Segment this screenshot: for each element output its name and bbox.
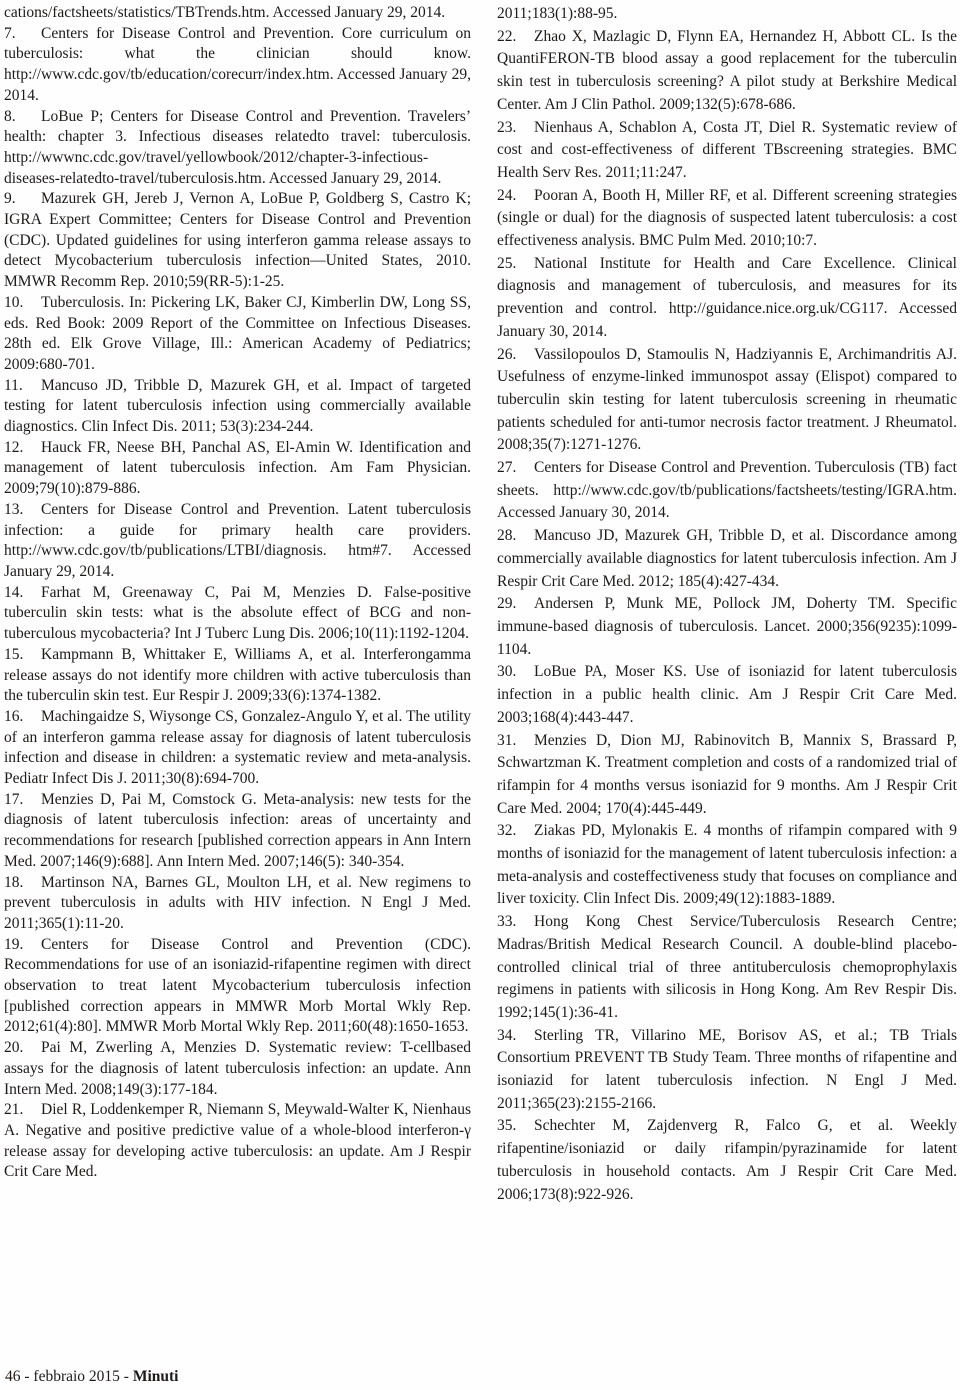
reference-text: Centers for Disease Control and Preventi… — [4, 501, 471, 580]
reference-text: Menzies D, Dion MJ, Rabinovitch B, Manni… — [497, 732, 957, 817]
reference-item: 12.Hauck FR, Neese BH, Panchal AS, El-Am… — [4, 438, 471, 500]
reference-number: 33. — [497, 911, 534, 934]
reference-item: 27.Centers for Disease Control and Preve… — [497, 457, 957, 525]
reference-text: Centers for Disease Control and Preventi… — [4, 936, 471, 1036]
reference-number: 21. — [4, 1100, 41, 1121]
references-column-right: 2011;183(1):88-95.22.Zhao X, Mazlagic D,… — [497, 3, 957, 1206]
reference-item: 20.Pai M, Zwerling A, Menzies D. Systema… — [4, 1038, 471, 1100]
reference-text: Centers for Disease Control and Preventi… — [497, 459, 957, 521]
reference-number: 10. — [4, 293, 41, 314]
reference-item: 30.LoBue PA, Moser KS. Use of isoniazid … — [497, 661, 957, 729]
reference-text: Vassilopoulos D, Stamoulis N, Hadziyanni… — [497, 346, 957, 454]
reference-number: 17. — [4, 790, 41, 811]
references-page: cations/factsheets/statistics/TBTrends.h… — [0, 0, 960, 1390]
reference-number: 19. — [4, 935, 41, 956]
reference-text: LoBue P; Centers for Disease Control and… — [4, 108, 471, 187]
reference-number: 11. — [4, 376, 41, 397]
reference-text: Andersen P, Munk ME, Pollock JM, Doherty… — [497, 595, 957, 657]
reference-text: Hauck FR, Neese BH, Panchal AS, El-Amin … — [4, 439, 471, 497]
reference-text: Pai M, Zwerling A, Menzies D. Systematic… — [4, 1039, 471, 1097]
reference-item: 14.Farhat M, Greenaway C, Pai M, Menzies… — [4, 583, 471, 645]
reference-item: 29.Andersen P, Munk ME, Pollock JM, Dohe… — [497, 593, 957, 661]
reference-text: Martinson NA, Barnes GL, Moulton LH, et … — [4, 874, 471, 932]
reference-text: Nienhaus A, Schablon A, Costa JT, Diel R… — [497, 119, 957, 181]
reference-number: 16. — [4, 707, 41, 728]
reference-text: cations/factsheets/statistics/TBTrends.h… — [4, 4, 445, 21]
reference-item: 2011;183(1):88-95. — [497, 3, 957, 26]
reference-text: LoBue PA, Moser KS. Use of isoniazid for… — [497, 663, 957, 725]
reference-text: Schechter M, Zajdenverg R, Falco G, et a… — [497, 1117, 957, 1202]
reference-text: Machingaidze S, Wiysonge CS, Gonzalez-An… — [4, 708, 471, 787]
references-column-left: cations/factsheets/statistics/TBTrends.h… — [4, 3, 471, 1206]
reference-text: Mazurek GH, Jereb J, Vernon A, LoBue P, … — [4, 190, 471, 290]
reference-number: 22. — [497, 26, 534, 49]
reference-text: Farhat M, Greenaway C, Pai M, Menzies D.… — [4, 584, 471, 642]
reference-text: Sterling TR, Villarino ME, Borisov AS, e… — [497, 1027, 957, 1112]
reference-item: 11.Mancuso JD, Tribble D, Mazurek GH, et… — [4, 376, 471, 438]
reference-item: cations/factsheets/statistics/TBTrends.h… — [4, 3, 471, 24]
reference-text: Tuberculosis. In: Pickering LK, Baker CJ… — [4, 294, 471, 373]
reference-number: 20. — [4, 1038, 41, 1059]
footer-journal-name: Minuti — [133, 1368, 179, 1385]
reference-text: Hong Kong Chest Service/Tuberculosis Res… — [497, 913, 957, 1021]
reference-item: 22.Zhao X, Mazlagic D, Flynn EA, Hernand… — [497, 26, 957, 117]
reference-text: Pooran A, Booth H, Miller RF, et al. Dif… — [497, 187, 957, 249]
reference-text: National Institute for Health and Care E… — [497, 255, 957, 340]
reference-item: 33.Hong Kong Chest Service/Tuberculosis … — [497, 911, 957, 1025]
reference-item: 13.Centers for Disease Control and Preve… — [4, 500, 471, 583]
reference-item: 21.Diel R, Loddenkemper R, Niemann S, Me… — [4, 1100, 471, 1183]
reference-number: 34. — [497, 1025, 534, 1048]
reference-item: 19.Centers for Disease Control and Preve… — [4, 935, 471, 1039]
reference-item: 32.Ziakas PD, Mylonakis E. 4 months of r… — [497, 820, 957, 911]
reference-number: 7. — [4, 24, 41, 45]
reference-number: 35. — [497, 1115, 534, 1138]
references-columns: cations/factsheets/statistics/TBTrends.h… — [0, 0, 960, 1206]
reference-number: 24. — [497, 185, 534, 208]
reference-item: 15.Kampmann B, Whittaker E, Williams A, … — [4, 645, 471, 707]
reference-number: 32. — [497, 820, 534, 843]
reference-item: 28.Mancuso JD, Mazurek GH, Tribble D, et… — [497, 525, 957, 593]
reference-item: 24.Pooran A, Booth H, Miller RF, et al. … — [497, 185, 957, 253]
reference-item: 8.LoBue P; Centers for Disease Control a… — [4, 107, 471, 190]
reference-number: 31. — [497, 730, 534, 753]
reference-number: 12. — [4, 438, 41, 459]
reference-text: Zhao X, Mazlagic D, Flynn EA, Hernandez … — [497, 28, 957, 113]
reference-item: 35.Schechter M, Zajdenverg R, Falco G, e… — [497, 1115, 957, 1206]
reference-text: Mancuso JD, Tribble D, Mazurek GH, et al… — [4, 377, 471, 435]
reference-number: 15. — [4, 645, 41, 666]
reference-number: 18. — [4, 873, 41, 894]
reference-item: 7.Centers for Disease Control and Preven… — [4, 24, 471, 107]
reference-item: 25.National Institute for Health and Car… — [497, 253, 957, 344]
reference-item: 23.Nienhaus A, Schablon A, Costa JT, Die… — [497, 117, 957, 185]
reference-text: Ziakas PD, Mylonakis E. 4 months of rifa… — [497, 822, 957, 907]
reference-number: 9. — [4, 189, 41, 210]
reference-number: 28. — [497, 525, 534, 548]
reference-number: 23. — [497, 117, 534, 140]
reference-number: 26. — [497, 344, 534, 367]
reference-number: 25. — [497, 253, 534, 276]
footer-page-issue: 46 - febbraio 2015 - — [5, 1368, 133, 1385]
reference-item: 34.Sterling TR, Villarino ME, Borisov AS… — [497, 1025, 957, 1116]
reference-text: 2011;183(1):88-95. — [497, 5, 617, 22]
reference-item: 16.Machingaidze S, Wiysonge CS, Gonzalez… — [4, 707, 471, 790]
reference-number: 13. — [4, 500, 41, 521]
reference-text: Kampmann B, Whittaker E, Williams A, et … — [4, 646, 471, 704]
reference-item: 26.Vassilopoulos D, Stamoulis N, Hadziya… — [497, 344, 957, 458]
reference-number: 14. — [4, 583, 41, 604]
reference-item: 10.Tuberculosis. In: Pickering LK, Baker… — [4, 293, 471, 376]
reference-number: 8. — [4, 107, 41, 128]
reference-text: Centers for Disease Control and Preventi… — [4, 25, 471, 104]
reference-item: 31.Menzies D, Dion MJ, Rabinovitch B, Ma… — [497, 730, 957, 821]
reference-text: Diel R, Loddenkemper R, Niemann S, Meywa… — [4, 1101, 471, 1180]
reference-number: 27. — [497, 457, 534, 480]
reference-text: Mancuso JD, Mazurek GH, Tribble D, et al… — [497, 527, 957, 589]
reference-item: 17.Menzies D, Pai M, Comstock G. Meta-an… — [4, 790, 471, 873]
reference-number: 29. — [497, 593, 534, 616]
reference-item: 18.Martinson NA, Barnes GL, Moulton LH, … — [4, 873, 471, 935]
reference-number: 30. — [497, 661, 534, 684]
reference-text: Menzies D, Pai M, Comstock G. Meta-analy… — [4, 791, 471, 870]
reference-item: 9.Mazurek GH, Jereb J, Vernon A, LoBue P… — [4, 189, 471, 293]
page-footer: 46 - febbraio 2015 - Minuti — [5, 1367, 179, 1387]
